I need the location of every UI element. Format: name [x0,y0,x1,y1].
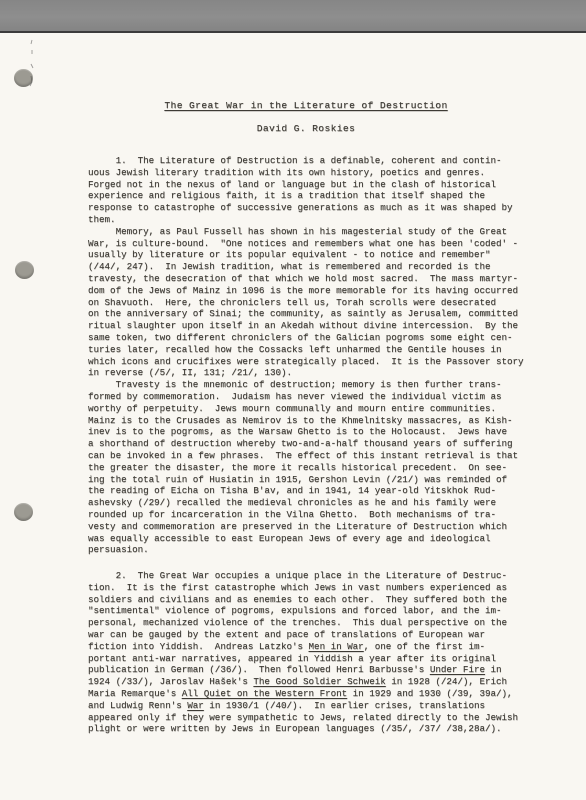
text-segment: in 1929 and 1930 (/39, 39a/), [347,688,512,699]
text-line: portant anti-war narratives, appeared in… [88,653,548,665]
document-title: The Great War in the Literature of Destr… [88,100,524,111]
text-segment: on the anniversary of Sinai; the communi… [88,308,518,319]
text-line: "sentimental" violence of pogroms, expul… [88,605,548,617]
text-segment: them. [88,214,116,225]
text-segment: in 1930/1 (/40/). In earlier crises, tra… [204,700,485,711]
text-segment: which icons and crucifixes were strategi… [88,356,524,367]
text-segment: , one of the first im- [364,641,485,652]
text-segment: personal, mechanized violence of the tre… [88,617,507,628]
text-segment: the reading of Eicha on Tisha B'av, and … [88,485,496,496]
text-line: vesty and commemoration are preserved in… [88,521,548,533]
text-segment: a shorthand of destruction whereby two-a… [88,438,513,449]
paragraph: Travesty is the mnemonic of destruction;… [88,379,548,556]
text-segment: the greater the disaster, the more it re… [88,462,507,473]
text-line: Maria Remarque's All Quiet on the Wester… [88,688,548,700]
text-line: (/44/, 247). In Jewish tradition, what i… [88,261,548,273]
text-line: response to catastrophe of successive ge… [88,202,548,214]
text-segment: portant anti-war narratives, appeared in… [88,653,496,664]
text-line: on Shavuoth. Here, the chroniclers tell … [88,297,548,309]
text-line: ashevsky (/29/) recalled the medieval ch… [88,497,548,509]
text-segment: ashevsky (/29/) recalled the medieval ch… [88,497,496,508]
text-segment: same token, two different chroniclers of… [88,332,513,343]
scanned-document: The Great War in the Literature of Destr… [0,0,586,800]
paragraph: 1. The Literature of Destruction is a de… [88,155,548,226]
text-line: 1. The Literature of Destruction is a de… [88,155,548,167]
underlined-book-title: All Quiet on the Western Front [182,688,347,699]
text-line: which icons and crucifixes were strategi… [88,356,548,368]
text-line: Memory, as Paul Fussell has shown in his… [88,226,548,238]
underlined-book-title: War [187,700,204,711]
text-segment: Maria Remarque's [88,688,182,699]
text-line: on the anniversary of Sinai; the communi… [88,308,548,320]
text-line: tion. It is the first catastrophe which … [88,582,548,594]
text-line: 1924 (/33/), Jaroslav Hašek's The Good S… [88,676,548,688]
text-line: formed by commemoration. Judaism has nev… [88,391,548,403]
pencil-mark [28,38,36,98]
text-line: Forged not in the nexus of land or langu… [88,179,548,191]
text-segment: persuasion. [88,544,149,555]
text-line: usually by literature or its popular equ… [88,249,548,261]
text-line: war can be gauged by the extent and pace… [88,629,548,641]
text-segment: on Shavuoth. Here, the chroniclers tell … [88,297,496,308]
text-segment: rounded up for incarceration in the Viln… [88,509,496,520]
underlined-book-title: The Good Soldier Schweik [253,676,385,687]
text-line: War, is culture-bound. "One notices and … [88,238,548,250]
text-line: experience and religious faith, it is a … [88,190,548,202]
underlined-book-title: Men in War [309,641,364,652]
text-segment: vesty and commemoration are preserved in… [88,521,507,532]
text-line: plight or were written by Jews in Europe… [88,723,548,735]
text-line: 2. The Great War occupies a unique place… [88,570,548,582]
text-segment: tion. It is the first catastrophe which … [88,582,507,593]
text-line: publication in German (/36/). Then follo… [88,664,548,676]
text-line: fiction into Yiddish. Andreas Latzko's M… [88,641,548,653]
text-line: appeared only if they were sympathetic t… [88,712,548,724]
text-segment: formed by commemoration. Judaism has nev… [88,391,502,402]
text-line: uous Jewish literary tradition with its … [88,167,548,179]
document-author: David G. Roskies [88,123,524,134]
text-segment: in reverse (/5/, II, 131; /21/, 130). [88,367,292,378]
text-segment: travesty, the desecration of that which … [88,273,518,284]
text-line: was equally accessible to east European … [88,533,548,545]
text-line: and Ludwig Renn's War in 1930/1 (/40/). … [88,700,548,712]
hole-punch [15,261,34,279]
text-line: persuasion. [88,544,548,556]
text-segment: inev is to the pogroms, as the Warsaw Gh… [88,426,507,437]
text-line: travesty, the desecration of that which … [88,273,548,285]
text-segment: plight or were written by Jews in Europe… [88,723,502,734]
text-segment: uous Jewish literary tradition with its … [88,167,485,178]
text-segment: "sentimental" violence of pogroms, expul… [88,605,502,616]
text-segment: ritual slaughter upon itself in an Akeda… [88,320,518,331]
paragraph: 2. The Great War occupies a unique place… [88,570,548,735]
text-line: the greater the disaster, the more it re… [88,462,548,474]
text-segment: publication in German (/36/). Then follo… [88,664,430,675]
text-line: turies later, recalled how the Cossacks … [88,344,548,356]
text-line: Mainz is to the Crusades as Nemirov is t… [88,415,548,427]
text-segment: in [485,664,502,675]
text-segment: 2. The Great War occupies a unique place… [88,570,507,581]
text-line: soldiers and civilians and as enemies to… [88,594,548,606]
text-segment: Mainz is to the Crusades as Nemirov is t… [88,415,513,426]
text-line: Travesty is the mnemonic of destruction;… [88,379,548,391]
text-segment: 1924 (/33/), Jaroslav Hašek's [88,676,253,687]
text-segment: experience and religious faith, it is a … [88,190,485,201]
text-line: same token, two different chroniclers of… [88,332,548,344]
paragraph: Memory, as Paul Fussell has shown in his… [88,226,548,379]
text-segment: response to catastrophe of successive ge… [88,202,513,213]
text-line: them. [88,214,548,226]
text-line: a shorthand of destruction whereby two-a… [88,438,548,450]
text-line: in reverse (/5/, II, 131; /21/, 130). [88,367,548,379]
text-segment: and Ludwig Renn's [88,700,187,711]
text-line: can be invoked in a few phrases. The eff… [88,450,548,462]
text-line: the reading of Eicha on Tisha B'av, and … [88,485,548,497]
text-segment: in 1928 (/24/), Erich [386,676,507,687]
text-segment: Travesty is the mnemonic of destruction;… [88,379,502,390]
text-segment: turies later, recalled how the Cossacks … [88,344,502,355]
text-segment: (/44/, 247). In Jewish tradition, what i… [88,261,490,272]
text-segment: appeared only if they were sympathetic t… [88,712,518,723]
text-segment: 1. The Literature of Destruction is a de… [88,155,502,166]
text-segment: war can be gauged by the extent and pace… [88,629,485,640]
text-line: inev is to the pogroms, as the Warsaw Gh… [88,426,548,438]
text-segment: dom of the Jews of Mainz in 1096 is the … [88,285,518,296]
text-segment: fiction into Yiddish. Andreas Latzko's [88,641,309,652]
text-line: rounded up for incarceration in the Viln… [88,509,548,521]
text-segment: can be invoked in a few phrases. The eff… [88,450,518,461]
text-line: worthy of perpetuity. Jews mourn communa… [88,403,548,415]
text-segment: worthy of perpetuity. Jews mourn communa… [88,403,496,414]
text-line: dom of the Jews of Mainz in 1096 is the … [88,285,548,297]
scanner-edge-band [0,0,586,33]
text-segment: was equally accessible to east European … [88,533,490,544]
text-line: personal, mechanized violence of the tre… [88,617,548,629]
text-segment: War, is culture-bound. "One notices and … [88,238,518,249]
text-segment: usually by literature or its popular equ… [88,249,490,260]
text-segment: ing the total ruin of Husiatin in 1915, … [88,474,507,485]
text-segment: Forged not in the nexus of land or langu… [88,179,496,190]
document-body: 1. The Literature of Destruction is a de… [88,155,548,735]
text-line: ing the total ruin of Husiatin in 1915, … [88,474,548,486]
underlined-book-title: Under Fire [430,664,485,675]
text-line: ritual slaughter upon itself in an Akeda… [88,320,548,332]
hole-punch [14,503,33,521]
text-segment: soldiers and civilians and as enemies to… [88,594,507,605]
text-segment: Memory, as Paul Fussell has shown in his… [88,226,507,237]
